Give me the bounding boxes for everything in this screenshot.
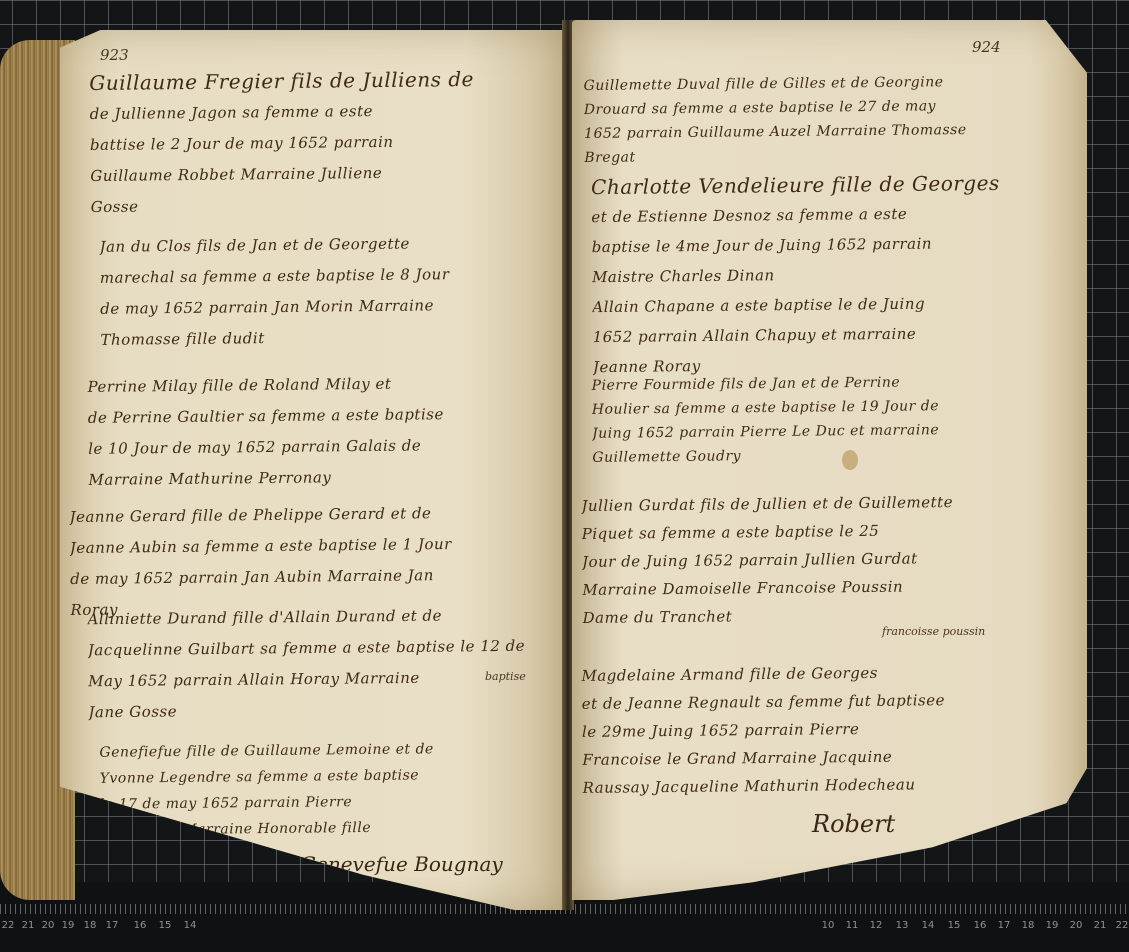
entry-line: Genefiefue fille de Guillaume Lemoine et… (99, 736, 434, 765)
entry-line: Raussay Jacqueline Mathurin Hodecheau (582, 770, 945, 802)
entry-line: Guillaume Fregier fils de Julliens de (89, 64, 474, 99)
ruler-label: 18 (1022, 920, 1035, 931)
ruler-label: 17 (106, 920, 119, 931)
baptism-entry: Jan du Clos fils de Jan et de Georgette … (99, 228, 450, 356)
folio-number: 924 (972, 38, 1001, 56)
entry-line: le 29me Juing 1652 parrain Pierre (582, 714, 945, 746)
entry-line: Marraine Damoiselle Francoise Poussin (582, 572, 954, 604)
entry-line: Allain Chapane a este baptise le de Juin… (592, 288, 1001, 322)
margin-note: francoisse poussin (882, 625, 985, 638)
entry-line: de may 1652 parrain Jan Morin Marraine (100, 290, 450, 325)
ruler-label: 12 (870, 920, 883, 931)
entry-line: battise le 2 Jour de may 1652 parrain (90, 126, 475, 161)
ruler-label: 19 (1046, 920, 1059, 931)
entry-line: Guillaume Marraine Honorable fille (100, 814, 435, 843)
entry-line: Jeanne Aubin sa femme a este baptise le … (70, 529, 452, 564)
entry-line: Jacquelinne Guilbart sa femme a este bap… (88, 631, 526, 667)
margin-note: baptise (485, 670, 526, 683)
ink-stain (842, 450, 858, 470)
entry-line: de Perrine Gaultier sa femme a este bapt… (88, 399, 444, 434)
ruler-label: 19 (62, 920, 75, 931)
ruler-label: 15 (948, 920, 961, 931)
entry-line: Marraine Mathurine Perronay (88, 461, 444, 496)
baptism-entry: Alliniette Durand fille d'Allain Durand … (87, 600, 526, 729)
entry-line: marechal sa femme a este baptise le 8 Jo… (100, 259, 450, 294)
entry-line: Pierre Fourmide fils de Jan et de Perrin… (592, 370, 939, 398)
entry-line: Jullien Gurdat fils de Jullien et de Gui… (581, 488, 953, 520)
entry-line: le 10 Jour de may 1652 parrain Galais de (88, 430, 444, 465)
ruler-label: 14 (184, 920, 197, 931)
entry-line: Francoise le Grand Marraine Jacquine (582, 742, 945, 774)
baptism-entry: Magdelaine Armand fille de Georges et de… (581, 658, 946, 802)
folio-number: 923 (100, 46, 129, 64)
entry-line: Guillaume Robbet Marraine Julliene (90, 157, 475, 192)
entry-line: et de Jeanne Regnault sa femme fut bapti… (582, 686, 945, 718)
ruler-label: 16 (974, 920, 987, 931)
signature: Robert (812, 810, 895, 838)
entry-line: Maistre Charles Dinan (592, 258, 1001, 292)
entry-line: 1652 parrain Allain Chapuy et marraine (592, 318, 1001, 352)
ruler-label: 11 (846, 920, 859, 931)
ruler-label: 14 (922, 920, 935, 931)
entry-line: Piquet sa femme a este baptise le 25 (582, 516, 954, 548)
ruler-label: 17 (998, 920, 1011, 931)
entry-line: Yvonne Legendre sa femme a este baptise (100, 762, 435, 791)
ruler-label: 22 (1116, 920, 1129, 931)
entry-line: May 1652 parrain Allain Horay Marraine (88, 662, 526, 698)
entry-line: Jan du Clos fils de Jan et de Georgette (99, 228, 449, 263)
entry-line: Bregat (584, 142, 967, 170)
entry-line: Jeanne Gerard fille de Phelippe Gerard e… (69, 498, 451, 533)
ruler-label: 21 (22, 920, 35, 931)
signature: Genevefue Bougnay (300, 852, 503, 876)
entry-line: et de Estienne Desnoz sa femme a este (591, 198, 1000, 232)
baptism-entry: Guillemette Duval fille de Gilles et de … (584, 70, 967, 170)
ruler-label: 15 (159, 920, 172, 931)
baptism-entry: Perrine Milay fille de Roland Milay et d… (87, 368, 444, 496)
baptism-entry: Guillaume Fregier fils de Julliens de de… (89, 64, 475, 223)
entry-line: Guillemette Goudry (592, 442, 939, 470)
entry-line: Perrine Milay fille de Roland Milay et (87, 368, 443, 403)
ruler-label: 20 (1070, 920, 1083, 931)
entry-line: Thomasse fille dudit (100, 321, 450, 356)
entry-line: Charlotte Vendelieure fille de Georges (591, 168, 1000, 202)
ruler-label: 16 (134, 920, 147, 931)
baptism-entry: Pierre Fourmide fils de Jan et de Perrin… (592, 370, 940, 470)
baptism-entry: Charlotte Vendelieure fille de Georges e… (591, 168, 1002, 382)
entry-line: Magdelaine Armand fille de Georges (581, 658, 944, 690)
baptism-entry: Jullien Gurdat fils de Jullien et de Gui… (581, 488, 954, 632)
entry-line: Juing 1652 parrain Pierre Le Duc et marr… (592, 418, 939, 446)
entry-line: Jane Gosse (88, 693, 526, 729)
entry-line: baptise le 4me Jour de Juing 1652 parrai… (592, 228, 1001, 262)
ruler-label: 13 (896, 920, 909, 931)
entry-line: de may 1652 parrain Jan Aubin Marraine J… (70, 560, 452, 595)
entry-line: Jour de Juing 1652 parrain Jullien Gurda… (582, 544, 954, 576)
entry-line: Houlier sa femme a este baptise le 19 Jo… (592, 394, 939, 422)
ruler-label: 18 (84, 920, 97, 931)
entry-line: Alliniette Durand fille d'Allain Durand … (87, 600, 525, 636)
right-page: 924 Guillemette Duval fille de Gilles et… (572, 20, 1087, 900)
entry-line: de Jullienne Jagon sa femme a este (90, 95, 475, 130)
left-page: 923 Guillaume Fregier fils de Julliens d… (60, 30, 565, 910)
baptism-entry: Genefiefue fille de Guillaume Lemoine et… (99, 736, 435, 869)
entry-line: le 17 de may 1652 parrain Pierre (100, 788, 435, 817)
entry-line: Gosse (90, 188, 475, 223)
entry-line: 1652 parrain Guillaume Auzel Marraine Th… (584, 118, 967, 146)
ruler-label: 21 (1094, 920, 1107, 931)
ruler-label: 10 (822, 920, 835, 931)
ruler-label: 22 (2, 920, 15, 931)
ruler-label: 20 (42, 920, 55, 931)
